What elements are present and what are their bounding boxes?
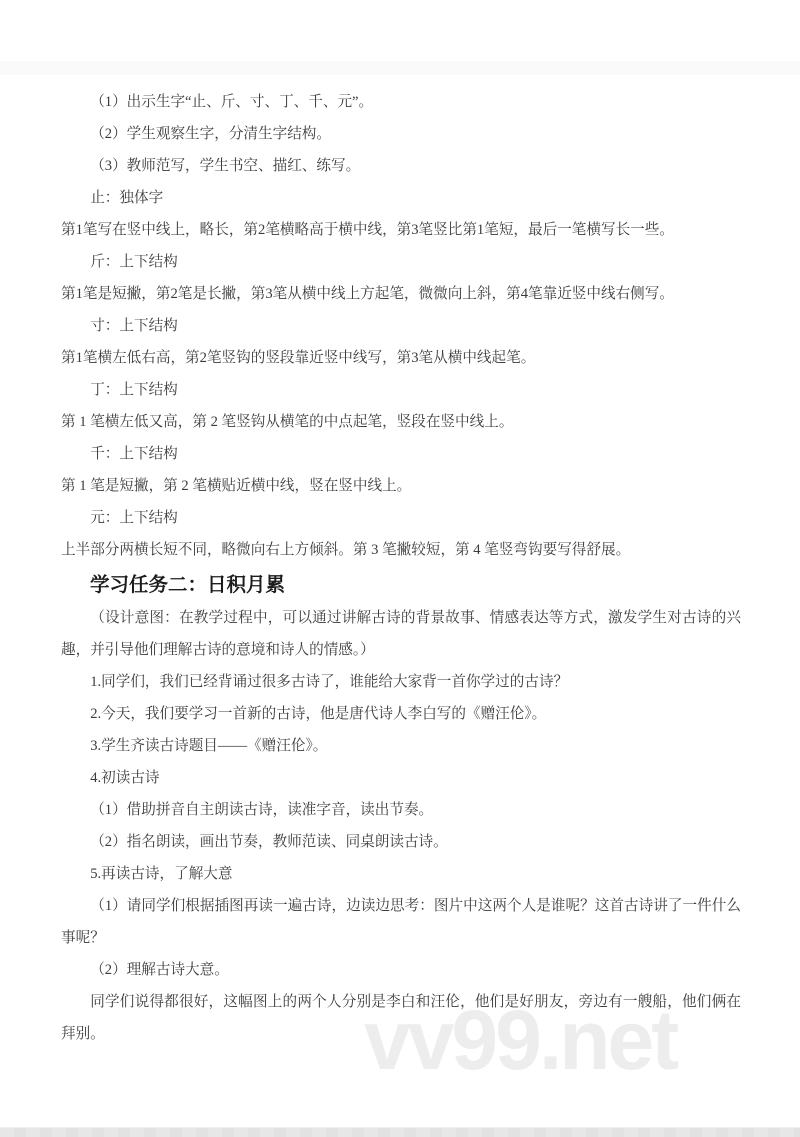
sub-step-line: （2）指名朗读，画出节奏，教师范读、同桌朗读古诗。 bbox=[61, 826, 741, 858]
document-content: （1）出示生字“止、斤、寸、丁、千、元”。 （2）学生观察生字，分清生字结构。 … bbox=[61, 86, 741, 1050]
document-page: vv99.net （1）出示生字“止、斤、寸、丁、千、元”。 （2）学生观察生字… bbox=[0, 0, 800, 1137]
section-heading: 学习任务二：日积月累 bbox=[61, 569, 741, 601]
sub-step-line: （3）教师范写，学生书空、描红、练写。 bbox=[61, 150, 741, 182]
stroke-note-line: 第1笔是短撇，第2笔是长撇，第3笔从横中线上方起笔，微微向上斜，第4笔靠近竖中线… bbox=[61, 278, 741, 310]
sub-step-line: （1）请同学们根据插图再读一遍古诗，边读边思考：图片中这两个人是谁呢？这首古诗讲… bbox=[61, 890, 741, 954]
char-structure-line: 止：独体字 bbox=[61, 182, 741, 214]
stroke-note-line: 第 1 笔是短撇，第 2 笔横贴近横中线，竖在竖中线上。 bbox=[61, 470, 741, 502]
numbered-step-line: 2.今天，我们要学习一首新的古诗，他是唐代诗人李白写的《赠汪伦》。 bbox=[61, 698, 741, 730]
sub-step-line: （2）理解古诗大意。 bbox=[61, 954, 741, 986]
char-structure-line: 千：上下结构 bbox=[61, 438, 741, 470]
numbered-step-line: 3.学生齐读古诗题目——《赠汪伦》。 bbox=[61, 730, 741, 762]
numbered-step-line: 1.同学们，我们已经背诵过很多古诗了，谁能给大家背一首你学过的古诗？ bbox=[61, 666, 741, 698]
numbered-step-line: 4.初读古诗 bbox=[61, 762, 741, 794]
sub-step-line: （1）出示生字“止、斤、寸、丁、千、元”。 bbox=[61, 86, 741, 118]
page-bottom-edge bbox=[0, 1127, 800, 1137]
numbered-step-line: 5.再读古诗，了解大意 bbox=[61, 858, 741, 890]
stroke-note-line: 第1笔横左低右高，第2笔竖钩的竖段靠近竖中线写，第3笔从横中线起笔。 bbox=[61, 342, 741, 374]
page-top-shade bbox=[0, 61, 800, 75]
char-structure-line: 丁：上下结构 bbox=[61, 374, 741, 406]
char-structure-line: 寸：上下结构 bbox=[61, 310, 741, 342]
sub-step-line: （1）借助拼音自主朗读古诗，读准字音，读出节奏。 bbox=[61, 794, 741, 826]
design-intent-paragraph: （设计意图：在教学过程中，可以通过讲解古诗的背景故事、情感表达等方式，激发学生对… bbox=[61, 602, 741, 666]
stroke-note-line: 第1笔写在竖中线上，略长，第2笔横略高于横中线，第3笔竖比第1笔短，最后一笔横写… bbox=[61, 214, 741, 246]
char-structure-line: 斤：上下结构 bbox=[61, 246, 741, 278]
char-structure-line: 元：上下结构 bbox=[61, 502, 741, 534]
sub-step-line: （2）学生观察生字，分清生字结构。 bbox=[61, 118, 741, 150]
summary-paragraph: 同学们说得都很好，这幅图上的两个人分别是李白和汪伦，他们是好朋友，旁边有一艘船，… bbox=[61, 986, 741, 1050]
stroke-note-line: 上半部分两横长短不同，略微向右上方倾斜。第 3 笔撇较短，第 4 笔竖弯钩要写得… bbox=[61, 534, 741, 566]
stroke-note-line: 第 1 笔横左低又高，第 2 笔竖钩从横笔的中点起笔，竖段在竖中线上。 bbox=[61, 406, 741, 438]
